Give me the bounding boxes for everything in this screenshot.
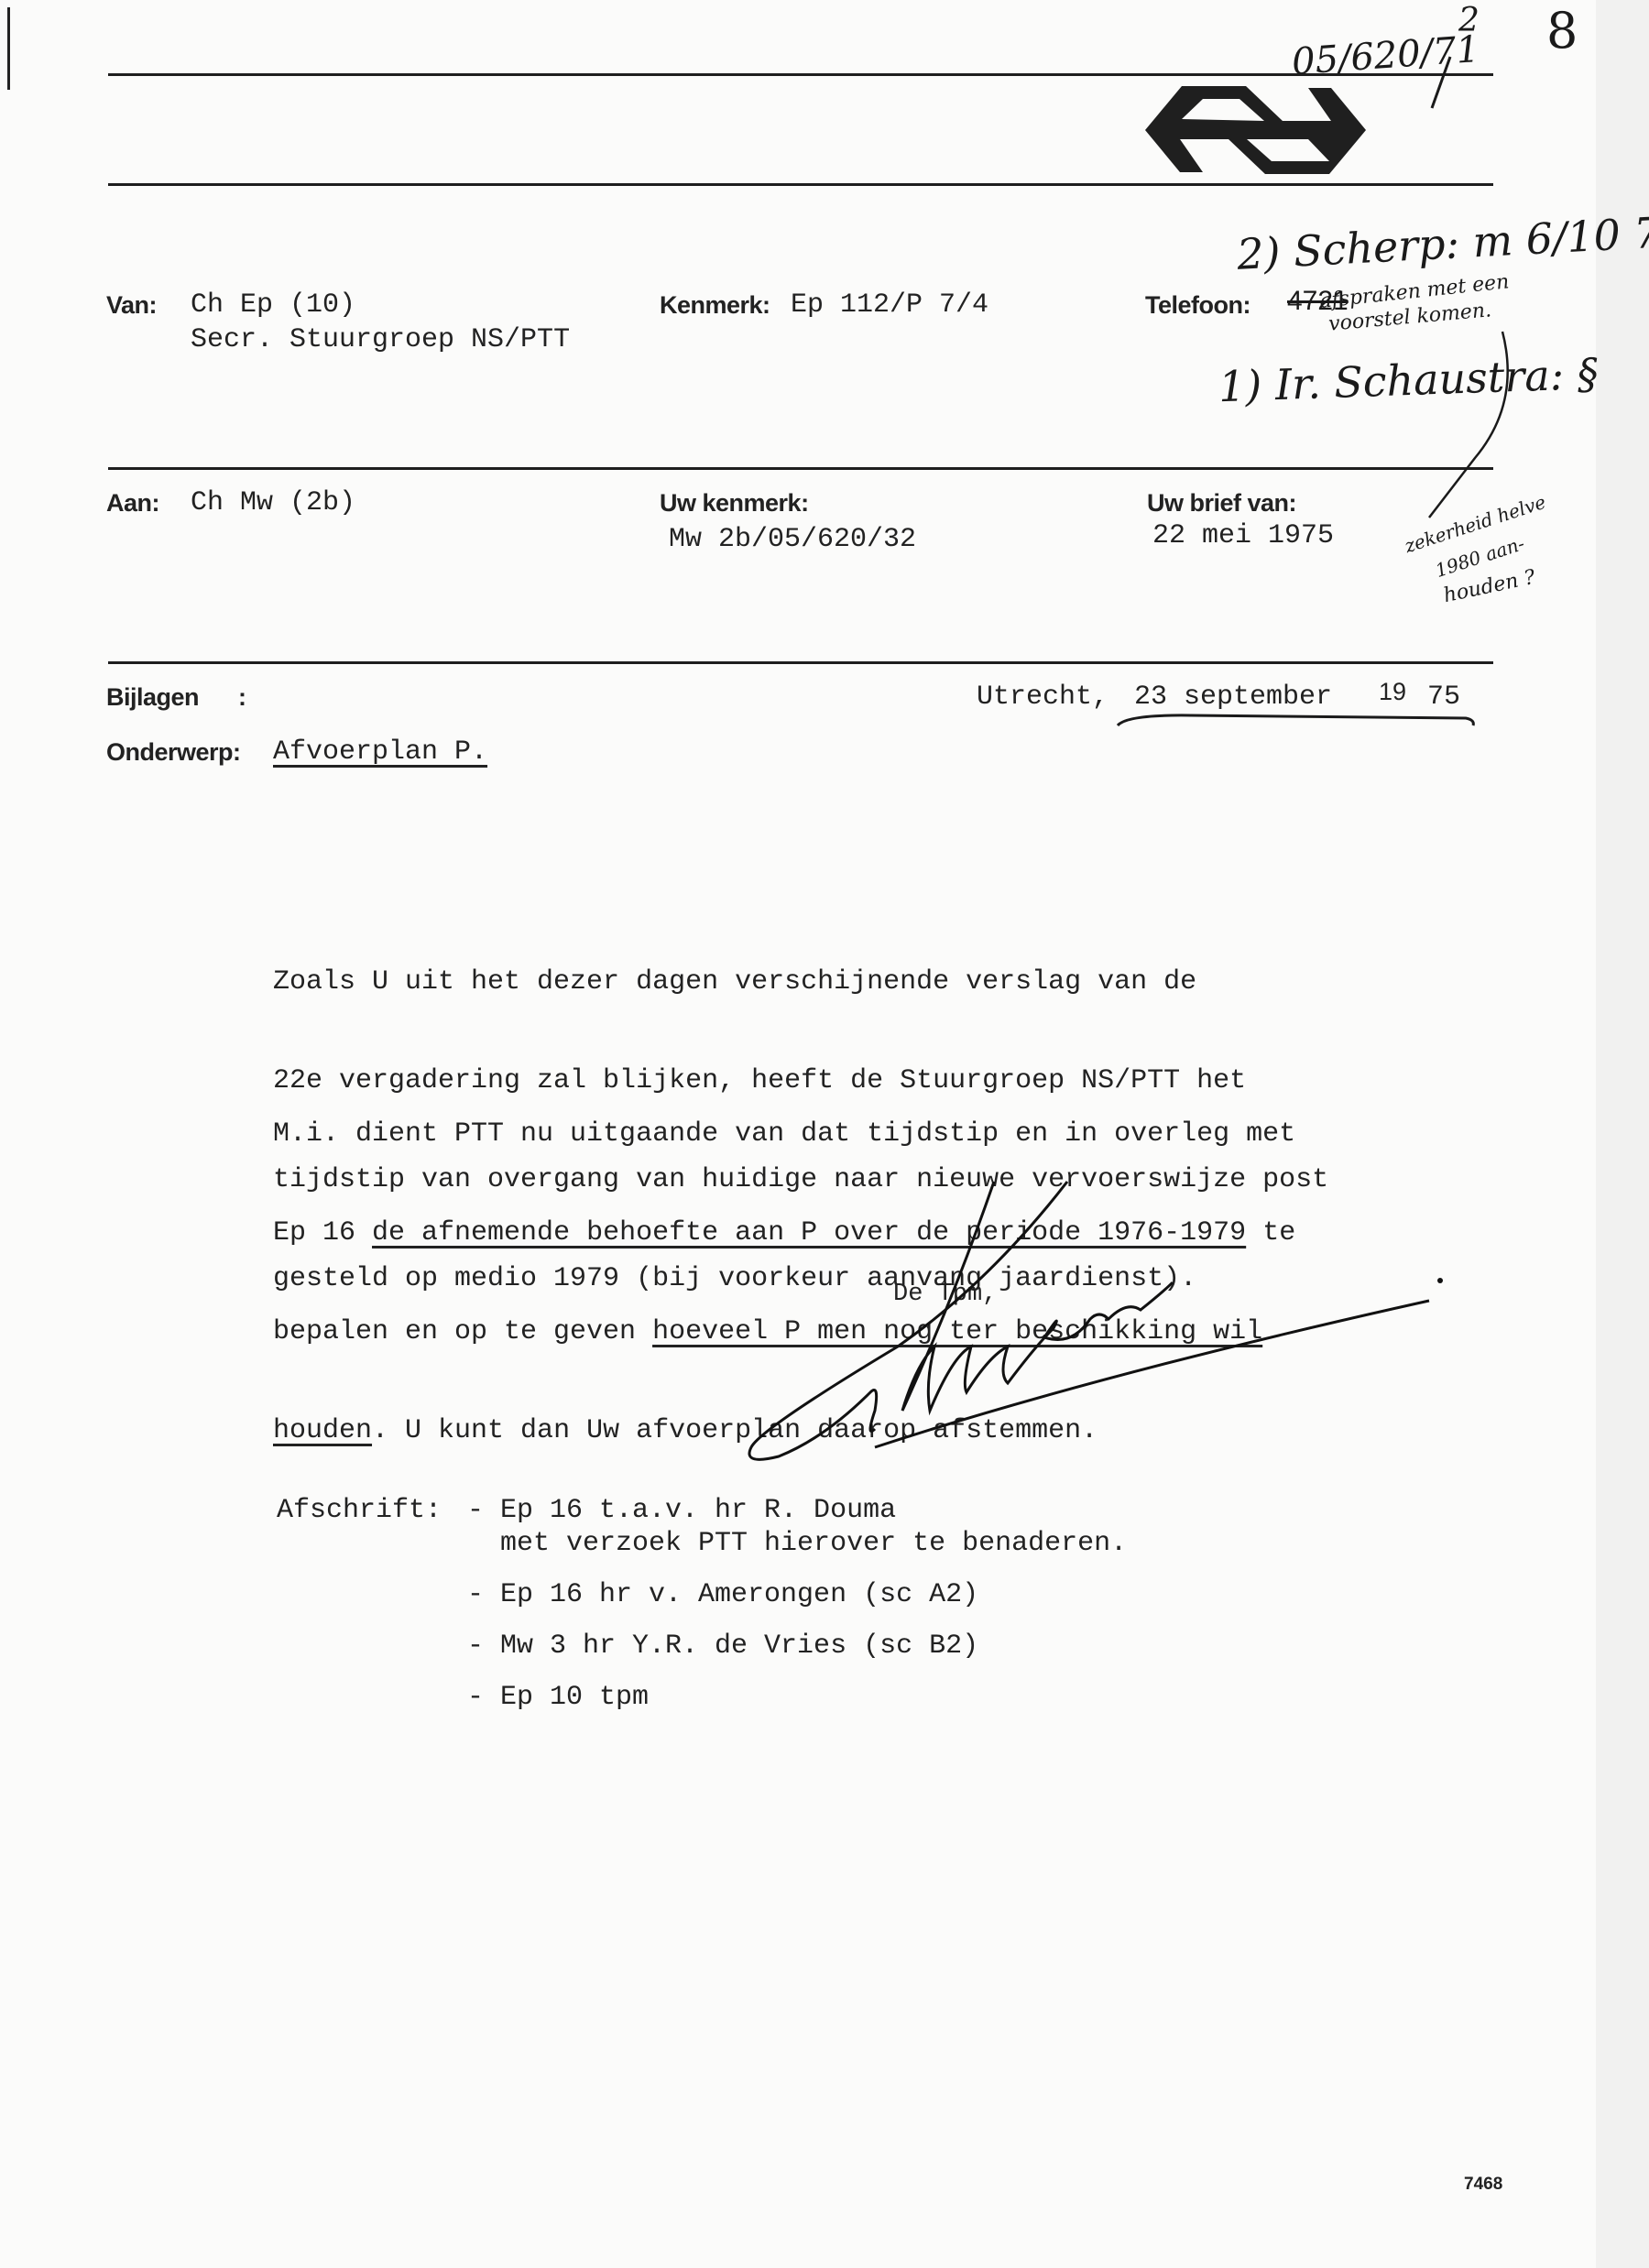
paragraph-2-line: Ep 16 de afnemende behoefte aan P over d… bbox=[273, 1216, 1295, 1249]
copy-item: - Ep 16 t.a.v. hr R. Douma bbox=[467, 1495, 896, 1526]
phone-label: Telefoon: bbox=[1145, 291, 1250, 320]
ns-logo-icon bbox=[1143, 84, 1368, 176]
reference-label: Kenmerk: bbox=[660, 291, 770, 320]
subject-value: Afvoerplan P. bbox=[273, 736, 487, 768]
header-rule-3 bbox=[108, 467, 1493, 470]
annotation-note-1: 1) Ir. Schaustra: § bbox=[1218, 349, 1599, 411]
scan-edge bbox=[1596, 0, 1649, 2268]
sheet-number: 8 bbox=[1546, 2, 1578, 60]
copy-item: - Ep 16 hr v. Amerongen (sc A2) bbox=[467, 1579, 978, 1610]
text: te bbox=[1246, 1217, 1295, 1248]
copy-item: - Mw 3 hr Y.R. de Vries (sc B2) bbox=[467, 1630, 978, 1662]
header-rule-2 bbox=[108, 183, 1493, 186]
from-line-1: Ch Ep (10) bbox=[191, 289, 355, 321]
to-value: Ch Mw (2b) bbox=[191, 487, 355, 518]
from-line-2: Secr. Stuurgroep NS/PTT bbox=[191, 324, 570, 355]
underlined-text: hoeveel P men nog ter beschikking wil bbox=[652, 1316, 1262, 1347]
attachments-label: Bijlagen bbox=[106, 683, 199, 712]
place-label: Utrecht, bbox=[977, 681, 1108, 713]
year-suffix: 75 bbox=[1427, 681, 1460, 713]
copies-label: Afschrift: bbox=[277, 1495, 442, 1526]
copy-item: met verzoek PTT hierover te benaderen. bbox=[467, 1528, 1127, 1559]
your-letter-label: Uw brief van: bbox=[1147, 489, 1296, 518]
text: . U kunt dan Uw afvoerplan daarop afstem… bbox=[372, 1415, 1098, 1446]
underlined-text: de afnemende behoefte aan P over de peri… bbox=[372, 1217, 1246, 1248]
reference-value: Ep 112/P 7/4 bbox=[791, 289, 988, 321]
text: bepalen en op te geven bbox=[273, 1316, 652, 1347]
date-value: 23 september bbox=[1134, 681, 1332, 713]
paragraph-2-line: M.i. dient PTT nu uitgaande van dat tijd… bbox=[273, 1118, 1295, 1150]
your-reference-label: Uw kenmerk: bbox=[660, 489, 809, 518]
paragraph-2: M.i. dient PTT nu uitgaande van dat tijd… bbox=[273, 1052, 1295, 1513]
subject-label: Onderwerp: bbox=[106, 738, 241, 767]
paragraph-2-line: bepalen en op te geven hoeveel P men nog… bbox=[273, 1315, 1295, 1348]
signature-title: De Tpm, bbox=[893, 1281, 997, 1308]
header-rule-4 bbox=[108, 661, 1493, 664]
to-label: Aan: bbox=[106, 489, 159, 518]
copy-item: - Ep 10 tpm bbox=[467, 1682, 649, 1713]
year-prefix: 19 bbox=[1379, 678, 1406, 706]
attachments-colon: : bbox=[238, 683, 246, 712]
letter-page: 2 05/620/71 8 Van: Ch Ep (10) Secr. Stuu… bbox=[0, 0, 1649, 2268]
underlined-text: houden bbox=[273, 1415, 372, 1446]
your-reference-value: Mw 2b/05/620/32 bbox=[669, 524, 916, 555]
margin-mark bbox=[7, 7, 10, 90]
from-label: Van: bbox=[106, 291, 157, 320]
paragraph-2-line: houden. U kunt dan Uw afvoerplan daarop … bbox=[273, 1414, 1295, 1447]
text: Ep 16 bbox=[273, 1217, 372, 1248]
paragraph-1-line: Zoals U uit het dezer dagen verschijnend… bbox=[273, 965, 1328, 998]
annotation-note-2: 2) Scherp: m 6/10 75 bbox=[1236, 206, 1649, 279]
header-rule-top bbox=[108, 73, 1493, 76]
your-letter-value: 22 mei 1975 bbox=[1152, 520, 1334, 551]
form-number: 7468 bbox=[1464, 2175, 1502, 2195]
